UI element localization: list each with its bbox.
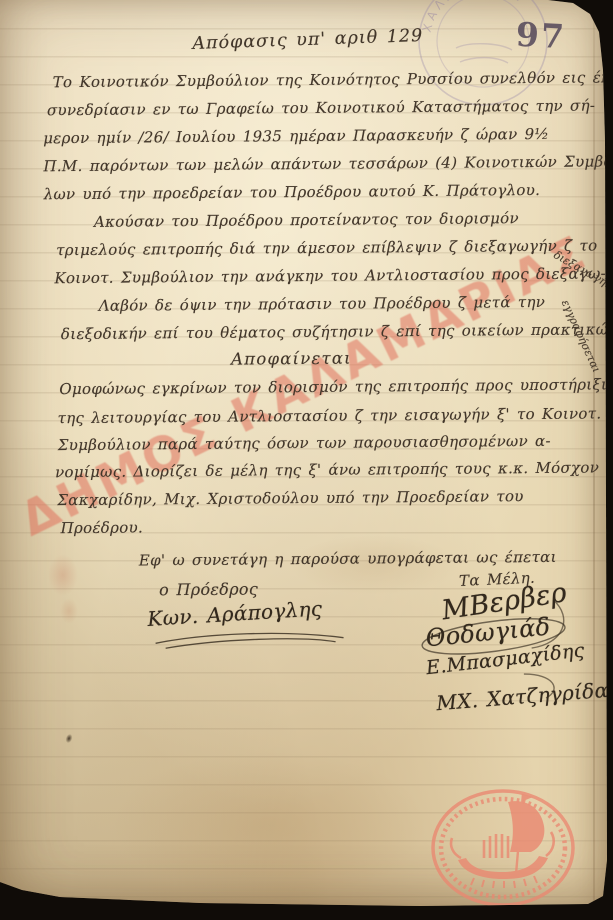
body-line: Λαβόν δε όψιν την πρότασιν του Προέδρου … xyxy=(99,293,546,315)
decision-title: Απόφασις υπ' αριθ 129 xyxy=(192,26,423,54)
body-line: λων υπό την προεδρείαν του Προέδρου αυτο… xyxy=(44,181,541,203)
body-line: συνεδρίασιν εν τω Γραφείω του Κοινοτικού… xyxy=(47,96,595,119)
body-line: διεξοδικήν επί του θέματος συζήτησιν ζ ε… xyxy=(61,320,613,343)
body-line: τριμελούς επιτροπής διά την άμεσον επίβλ… xyxy=(56,236,597,259)
closing-line: Εφ' ω συνετάγη η παρούσα υπογράφεται ως … xyxy=(139,548,557,570)
body-line: Ακούσαν του Προέδρου προτείναντος τον δι… xyxy=(94,209,519,231)
signature-flourish xyxy=(151,628,351,654)
decision-line: Σακχαρίδην, Μιχ. Χριστοδούλου υπό την Πρ… xyxy=(57,487,523,509)
body-line: Το Κοινοτικόν Συμβούλιον της Κοινότητος … xyxy=(53,68,613,91)
ship-seal-icon xyxy=(428,786,578,910)
body-line: μερον ημίν /26/ Ιουλίου 1935 ημέραν Παρα… xyxy=(43,125,549,147)
decision-line: νομίμως. Διορίζει δε μέλη της ξ' άνω επι… xyxy=(55,458,599,481)
paper-sheet: ΔΗΜΟΣ ΚΑΛΑΜΑΡΙΑΣ ΧΑΛΔΑΙΚΕΩΝ 97 Απόφασις … xyxy=(0,0,613,920)
decision-line: Ομοφώνως εγκρίνων τον διορισμόν της επιτ… xyxy=(59,375,613,398)
president-signature: Κων. Αράπογλης xyxy=(147,596,323,631)
decision-line: Προέδρου. xyxy=(61,518,144,537)
manuscript-text: Απόφασις υπ' αριθ 129 Το Κοινοτικόν Συμβ… xyxy=(0,0,613,920)
decision-line: της λειτουργίας του Αντλιοστασίου ζ την … xyxy=(58,404,602,427)
president-label: ο Πρόεδρος xyxy=(159,579,258,599)
decision-heading: Αποφαίνεται xyxy=(231,349,352,369)
decision-line: Συμβούλιον παρά ταύτης όσων των παρουσια… xyxy=(58,432,551,454)
scanned-ledger-page: ΔΗΜΟΣ ΚΑΛΑΜΑΡΙΑΣ ΧΑΛΔΑΙΚΕΩΝ 97 Απόφασις … xyxy=(0,0,613,920)
body-line: Κοινοτ. Συμβούλιον την ανάγκην του Αντλι… xyxy=(54,264,606,287)
body-line: Π.Μ. παρόντων των μελών απάντων τεσσάρων… xyxy=(43,152,613,175)
